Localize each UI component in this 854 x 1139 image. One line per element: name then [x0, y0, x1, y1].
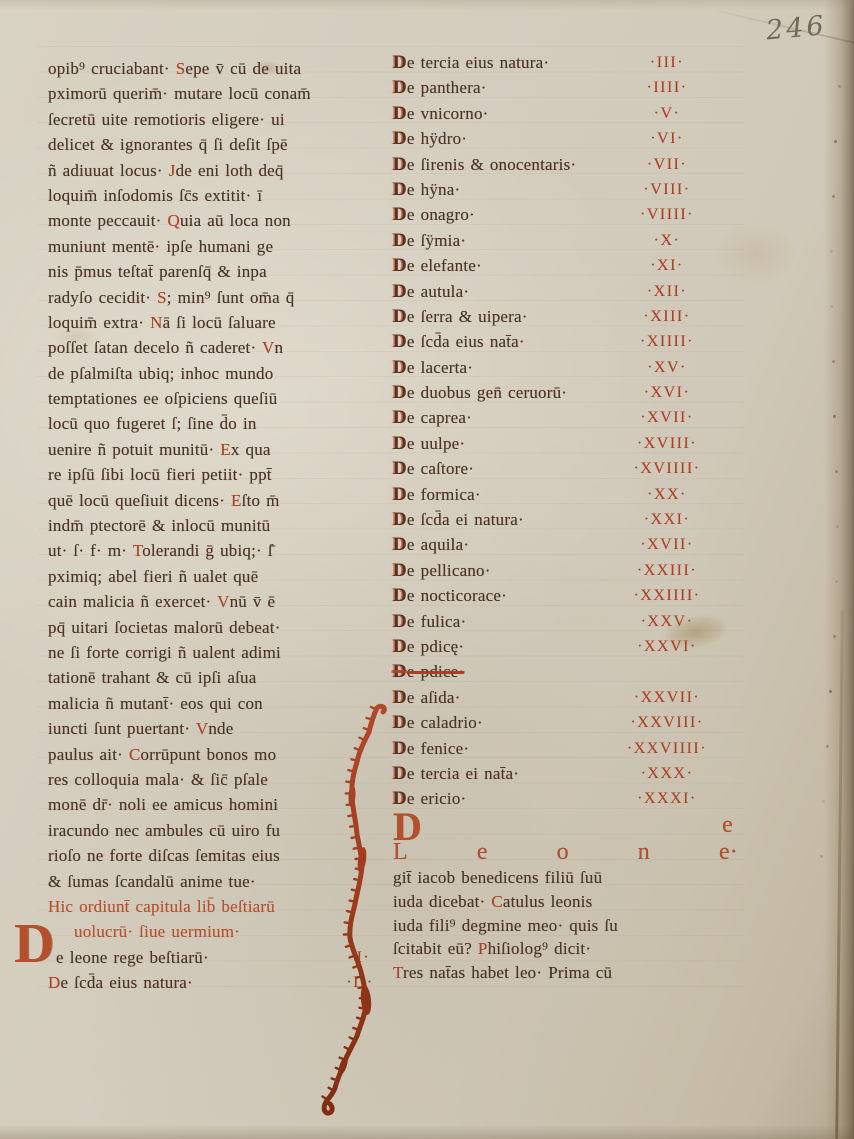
- manuscript-text-line: monte peccauit· Quia aū loca non: [48, 208, 396, 233]
- chapter-title-text: e elefante·: [407, 256, 482, 275]
- chapter-title: De ſirenis & onocentaris·: [393, 152, 576, 177]
- manuscript-text-line: locū quo fugeret ſ; ſine d̄o in: [48, 411, 396, 436]
- chapter-list-row: De uulpe··XVIII·: [393, 431, 723, 456]
- text-segment: delicet & ignorantes q̄ ſi deſit ſpē: [48, 135, 288, 154]
- chapter-numeral: ·XIIII·: [611, 329, 723, 354]
- text-segment: P: [548, 963, 558, 982]
- chapter-title-text: e panthera·: [407, 78, 487, 97]
- chapter-title: De pdicę·: [393, 634, 464, 659]
- chapter-numeral: ·V·: [611, 101, 723, 126]
- chapter-title-text: e uulpe·: [407, 434, 465, 453]
- manuscript-text-line: monē dr̄· noli ee amicus homini: [48, 792, 396, 817]
- manuscript-text-line: git̄ iacob benedicens filiū ſuū: [393, 866, 741, 890]
- chapter-title: De fenice·: [393, 736, 469, 761]
- text-segment: res colloquia mala· & ſic̄ pſale: [48, 770, 268, 789]
- text-segment: ſecretū uite remotioris eligere· ui: [48, 110, 285, 129]
- chapter-title-text: e fulica·: [407, 612, 466, 631]
- chapter-title: De ſcd̄a ei natura·: [393, 507, 524, 532]
- text-segment: ne ſi forte corrigi ñ ualent adimi: [48, 643, 281, 662]
- display-capital: o: [557, 840, 569, 866]
- text-segment: iracundo nec ambules cū uiro fu: [48, 821, 280, 840]
- manuscript-page: 246 D opib⁹ cruciabant· Sepe v̄ cū de ui…: [0, 0, 854, 1139]
- text-segment: pq̄ uitari ſocietas malorū debeat·: [48, 618, 281, 637]
- chapter-initial: D: [393, 331, 407, 352]
- chapter-list-row: De caſtore··XVIIII·: [393, 456, 723, 481]
- chapter-title: De aquila·: [393, 532, 469, 557]
- display-capital: L: [393, 840, 408, 866]
- chapter-title-text: e formica·: [407, 485, 481, 504]
- display-capitals-row-1: De: [393, 810, 733, 840]
- text-segment: loquim̄ inſodomis ſc̄s extitit· ī: [48, 186, 262, 205]
- chapter-initial: D: [393, 636, 407, 657]
- chapter-title: De ſÿmia·: [393, 228, 466, 253]
- manuscript-text-line: rioſo ne forte diſcas ſemitas eius: [48, 843, 396, 868]
- chapter-initial: D: [393, 611, 407, 632]
- chapter-numeral: ·IIII·: [611, 75, 723, 100]
- chapter-list-row: De duobus gen̄ ceruorū··XVI·: [393, 380, 723, 405]
- chapter-list-row: De aquila··XVII·: [393, 532, 723, 557]
- chapter-numeral: ·XII·: [611, 279, 723, 304]
- pricking-hole: [820, 855, 823, 858]
- chapter-list-row: De ſerra & uipera··XIII·: [393, 304, 723, 329]
- text-segment: rioſo ne forte diſcas ſemitas eius: [48, 846, 280, 865]
- manuscript-text-line: loquim̄ extra· Nā ſi locū ſaluare: [48, 310, 396, 335]
- chapter-initial: D: [393, 509, 407, 530]
- manuscript-text-line: de pſalmiſta ubiq; inhoc mundo: [48, 361, 396, 386]
- manuscript-text-line: uolucrū· ſiue uermium·: [48, 919, 396, 944]
- text-segment: olerandi ḡ ubiq;· ſ̄: [142, 541, 273, 560]
- chapter-title: De hÿdro·: [393, 126, 467, 151]
- chapter-initial: D: [393, 560, 407, 581]
- chapter-title: De lacerta·: [393, 355, 473, 380]
- chapter-title-text: e caprea·: [407, 408, 472, 427]
- chapter-numeral: ·XXVIII·: [611, 710, 723, 735]
- chapter-numeral: ·XXXI·: [611, 786, 723, 811]
- chapter-title: De aſida·: [393, 685, 461, 710]
- chapter-list-row: De elefante··XI·: [393, 253, 723, 278]
- text-segment: E: [231, 491, 242, 510]
- chapter-initial: D: [393, 407, 407, 428]
- chapter-title-text: e hÿna·: [407, 180, 460, 199]
- chapter-list-row: De onagro··VIIII·: [393, 202, 723, 227]
- text-segment: uia aū loca non: [180, 211, 291, 230]
- chapter-title: De tercia ei nat̄a·: [393, 761, 519, 786]
- text-segment: re ipſū ſibi locū fieri petiit· ppt̄: [48, 465, 272, 484]
- text-segment: de eni loth deq̄: [176, 161, 284, 180]
- chapter-list-row: De panthera··IIII·: [393, 75, 723, 100]
- chapter-list-row: De hÿdro··VI·: [393, 126, 723, 151]
- chapter-list-row: De lacerta··XV·: [393, 355, 723, 380]
- parchment-stain: [716, 224, 796, 284]
- chapter-list-row: De caprea··XVII·: [393, 405, 723, 430]
- chapter-numeral: [611, 659, 723, 684]
- text-segment: pximorū querim̄· mutare locū conam̄: [48, 84, 311, 103]
- chapter-numeral: ·XXVI·: [611, 634, 723, 659]
- chapter-numeral: ·XVII·: [611, 405, 723, 430]
- text-segment: paulus ait·: [48, 745, 129, 764]
- text-segment: Hic ordiunt̄ capitula lib̄ beſtiarū: [48, 897, 275, 916]
- text-segment: muniunt mentē· ipſe humani ge: [48, 237, 273, 256]
- chapter-initial: D: [393, 738, 407, 759]
- text-segment: P: [478, 939, 488, 958]
- text-segment: malicia ñ mutant̄· eos qui con: [48, 694, 263, 713]
- text-segment: n: [274, 338, 283, 357]
- manuscript-text-line: indm̄ ptectorē & inlocū munitū: [48, 513, 396, 538]
- text-segment: git̄ iacob benedicens filiū ſuū: [393, 868, 602, 887]
- leo-chapter-start: De Leone· git̄ iacob benedicens filiū ſu…: [393, 810, 741, 985]
- text-segment: pximiq; abel fieri ñ ualet quē: [48, 567, 258, 586]
- chapter-numeral: ·XX·: [611, 482, 723, 507]
- chapter-list-row: De ſcd̄a ei natura··XXI·: [393, 507, 723, 532]
- display-capital: e: [477, 840, 488, 866]
- chapter-title: De ſerra & uipera·: [393, 304, 528, 329]
- manuscript-text-line: iuncti ſunt puertant· Vnde: [48, 716, 396, 741]
- chapter-numeral: ·XXV·: [611, 609, 723, 634]
- chapter-initial: D: [393, 255, 407, 276]
- text-segment: epe v̄ cū de uita: [185, 59, 301, 78]
- text-segment: indm̄ ptectorē & inlocū munitū: [48, 516, 270, 535]
- chapter-numeral: ·III·: [611, 50, 723, 75]
- manuscript-text-line: Tres nat̄as habet leo· Prima cū: [393, 961, 741, 985]
- chapter-initial: D: [393, 458, 407, 479]
- chapter-title-text: e fenice·: [407, 739, 469, 758]
- text-segment: monte peccauit·: [48, 211, 167, 230]
- text-segment: x qua: [231, 440, 271, 459]
- text-segment: C: [491, 892, 503, 911]
- chapter-title-text: e caladrio·: [407, 713, 483, 732]
- text-segment: ſto m̄: [242, 491, 280, 510]
- manuscript-text-line: delicet & ignorantes q̄ ſi deſit ſpē: [48, 132, 396, 157]
- chapter-list-row: De autula··XII·: [393, 279, 723, 304]
- text-segment: C: [129, 745, 141, 764]
- chapter-numeral: ·VIII·: [611, 177, 723, 202]
- chapter-initial: D: [393, 204, 407, 225]
- text-segment: orrūpunt bonos mo: [140, 745, 276, 764]
- text-segment: ñ adiuuat locus·: [48, 161, 169, 180]
- manuscript-text-line: opib⁹ cruciabant· Sepe v̄ cū de uita: [48, 56, 396, 81]
- chapter-title-text: e duobus gen̄ ceruorū·: [407, 383, 567, 402]
- chapter-numeral: ·XXI·: [611, 507, 723, 532]
- text-segment: locū quo fugeret ſ; ſine d̄o in: [48, 414, 257, 433]
- chapter-initial: D: [393, 585, 407, 606]
- chapter-numeral: ·VIIII·: [611, 202, 723, 227]
- text-segment: T: [393, 963, 403, 982]
- chapter-list-row: De fenice··XXVIIII·: [393, 736, 723, 761]
- text-segment: V: [217, 592, 229, 611]
- chapter-initial: D: [393, 534, 407, 555]
- chapter-list-row: De ericio··XXXI·: [393, 786, 723, 811]
- chapter-numeral: ·VI·: [611, 126, 723, 151]
- chapter-title-text: e caſtore·: [407, 459, 474, 478]
- text-segment: T: [133, 541, 142, 560]
- chapter-list-row: De nocticorace··XXIIII·: [393, 583, 723, 608]
- display-capitals-row-2: Leone·: [393, 840, 738, 866]
- chapter-list-row: De caladrio··XXVIII·: [393, 710, 723, 735]
- text-segment: iuncti ſunt puertant·: [48, 719, 196, 738]
- chapter-title: De pellicano·: [393, 558, 491, 583]
- text-segment: uolucrū· ſiue uermium·: [74, 922, 240, 941]
- text-segment: N: [150, 313, 162, 332]
- chapter-title-text: e vnicorno·: [407, 104, 489, 123]
- text-segment: loquim̄ extra·: [48, 313, 150, 332]
- text-segment: poſſet ſatan decelo ñ caderet·: [48, 338, 262, 357]
- chapter-title: De pdice·: [393, 659, 464, 684]
- chapter-numeral: ·II·: [324, 970, 396, 995]
- chapter-title: De nocticorace·: [393, 583, 507, 608]
- text-segment: cain malicia ñ exercet·: [48, 592, 217, 611]
- chapter-list-row: De pdice·: [393, 659, 723, 684]
- chapter-initial: D: [393, 128, 407, 149]
- manuscript-text-line: ut· ſ· f· m· Tolerandi ḡ ubiq;· ſ̄: [48, 538, 396, 563]
- chapter-initial: D: [393, 281, 407, 302]
- manuscript-text-line: De ſcd̄a eius natura··II·: [48, 970, 396, 995]
- manuscript-text-line: iuda fili⁹ degmine meo· quis ſu: [393, 914, 741, 938]
- chapter-list-row: De vnicorno··V·: [393, 101, 723, 126]
- text-segment: Q: [167, 211, 179, 230]
- chapter-numeral: ·XXVIIII·: [611, 736, 723, 761]
- text-segment: S: [176, 59, 186, 78]
- text-segment: tationē trahant & cū ipſi aſua: [48, 668, 256, 687]
- manuscript-text-line: & ſumas ſcandalū anime tue·: [48, 869, 396, 894]
- chapter-list-row: De ſcd̄a eius nat̄a··XIIII·: [393, 329, 723, 354]
- chapter-initial: D: [393, 230, 407, 251]
- manuscript-text-line: poſſet ſatan decelo ñ caderet· Vn: [48, 335, 396, 360]
- chapter-title-text: e tercia ei nat̄a·: [407, 764, 519, 783]
- chapter-title-text: e hÿdro·: [407, 129, 467, 148]
- chapter-title-text: e ſirenis & onocentaris·: [407, 155, 576, 174]
- chapter-title: De fulica·: [393, 609, 466, 634]
- text-segment: radyſo cecidit·: [48, 288, 157, 307]
- text-segment: uenire ñ potuit munitū·: [48, 440, 220, 459]
- manuscript-text-line: paulus ait· Corrūpunt bonos mo: [48, 742, 396, 767]
- chapter-title-text: e aſida·: [407, 688, 461, 707]
- chapter-title: De vnicorno·: [393, 101, 489, 126]
- manuscript-text-line: ſecretū uite remotioris eligere· ui: [48, 107, 396, 132]
- text-segment: ; min⁹ ſunt om̄a q̄: [167, 288, 295, 307]
- page-edge: [0, 0, 854, 10]
- chapter-initial: D: [393, 687, 407, 708]
- chapter-list-column: De tercia eius natura··III·De panthera··…: [393, 50, 723, 812]
- chapter-title: De caprea·: [393, 405, 472, 430]
- text-segment: rima cū: [558, 963, 612, 982]
- text-segment: e ſcd̄a eius natura·: [60, 973, 192, 992]
- manuscript-text-line: loquim̄ inſodomis ſc̄s extitit· ī: [48, 183, 396, 208]
- chapter-initial: D: [393, 306, 407, 327]
- chapter-initial: D: [393, 154, 407, 175]
- text-segment: temptationes ee oſpiciens queſiū: [48, 389, 277, 408]
- text-segment: e leone rege beſtiarū·: [56, 948, 209, 967]
- chapter-numeral: ·XV·: [611, 355, 723, 380]
- text-segment: nis p̄mus teſtat̄ parenſq̄ & inpa: [48, 262, 267, 281]
- text-segment: V: [262, 338, 274, 357]
- text-segment: E: [220, 440, 231, 459]
- chapter-initial: D: [393, 179, 407, 200]
- text-segment: atulus leonis: [503, 892, 593, 911]
- chapter-numeral: ·VII·: [611, 152, 723, 177]
- chapter-list-row: De ſÿmia··X·: [393, 228, 723, 253]
- chapter-title: De onagro·: [393, 202, 475, 227]
- manuscript-text-line: malicia ñ mutant̄· eos qui con: [48, 691, 396, 716]
- left-text-column: opib⁹ cruciabant· Sepe v̄ cū de uitapxim…: [48, 56, 396, 995]
- chapter-initial: D: [393, 484, 407, 505]
- chapter-title-text: e pdicę·: [407, 637, 464, 656]
- chapter-initial: D: [393, 357, 407, 378]
- chapter-initial: D: [393, 661, 407, 682]
- chapter-numeral: ·XVI·: [611, 380, 723, 405]
- manuscript-text-line: iracundo nec ambules cū uiro fu: [48, 818, 396, 843]
- chapter-title: De caſtore·: [393, 456, 474, 481]
- chapter-title-text: e ſerra & uipera·: [407, 307, 528, 326]
- page-edge: [824, 0, 854, 1139]
- chapter-initial: D: [393, 433, 407, 454]
- manuscript-text-line: uenire ñ potuit munitū· Ex qua: [48, 437, 396, 462]
- text-segment: nde: [208, 719, 233, 738]
- manuscript-text-line: pximorū querim̄· mutare locū conam̄: [48, 81, 396, 106]
- chapter-numeral: ·X·: [611, 228, 723, 253]
- chapter-title-text: e nocticorace·: [407, 586, 507, 605]
- leo-text-lines: git̄ iacob benedicens filiū ſuūiuda dice…: [393, 866, 741, 985]
- chapter-numeral: ·XXIIII·: [611, 583, 723, 608]
- text-segment: ā ſi locū ſaluare: [163, 313, 276, 332]
- chapter-list-row: De formica··XX·: [393, 482, 723, 507]
- chapter-list-row: De tercia eius natura··III·: [393, 50, 723, 75]
- chapter-numeral: ·XIII·: [611, 304, 723, 329]
- chapter-title: De panthera·: [393, 75, 487, 100]
- manuscript-text-line: nis p̄mus teſtat̄ parenſq̄ & inpa: [48, 259, 396, 284]
- text-segment: ut· ſ· f· m·: [48, 541, 133, 560]
- manuscript-text-line: e leone rege beſtiarū··I·: [48, 945, 396, 970]
- manuscript-text-line: temptationes ee oſpiciens queſiū: [48, 386, 396, 411]
- manuscript-text-line: tationē trahant & cū ipſi aſua: [48, 665, 396, 690]
- chapter-numeral: ·XVIII·: [611, 431, 723, 456]
- chapter-title-text: e ſcd̄a eius nat̄a·: [407, 332, 525, 351]
- chapter-list-row: De ſirenis & onocentaris··VII·: [393, 152, 723, 177]
- chapter-numeral: ·I·: [324, 945, 396, 970]
- chapter-list-row: De pellicano··XXIII·: [393, 558, 723, 583]
- chapter-title: De elefante·: [393, 253, 482, 278]
- chapter-title-text: e pdice·: [407, 662, 464, 681]
- text-segment: opib⁹ cruciabant·: [48, 59, 176, 78]
- text-segment: ſcitabit eū?: [393, 939, 478, 958]
- manuscript-text-line: Hic ordiunt̄ capitula lib̄ beſtiarū: [48, 894, 396, 919]
- manuscript-text-line: ñ adiuuat locus· Jde eni loth deq̄: [48, 158, 396, 183]
- text-segment: nū v̄ ē: [230, 592, 276, 611]
- text-segment: iuda dicebat·: [393, 892, 491, 911]
- chapter-title: De autula·: [393, 279, 469, 304]
- chapter-initial: D: [393, 77, 407, 98]
- text-segment: de pſalmiſta ubiq; inhoc mundo: [48, 364, 273, 383]
- chapter-title-text: e ſÿmia·: [407, 231, 466, 250]
- chapter-numeral: ·XXVII·: [611, 685, 723, 710]
- text-segment: monē dr̄· noli ee amicus homini: [48, 795, 278, 814]
- text-segment: res nat̄as habet leo·: [403, 963, 548, 982]
- manuscript-text-line: radyſo cecidit· S; min⁹ ſunt om̄a q̄: [48, 285, 396, 310]
- manuscript-text-line: pq̄ uitari ſocietas malorū debeat·: [48, 615, 396, 640]
- manuscript-text-line: ne ſi forte corrigi ñ ualent adimi: [48, 640, 396, 665]
- chapter-list-row: De aſida··XXVII·: [393, 685, 723, 710]
- chapter-title-text: e lacerta·: [407, 358, 473, 377]
- manuscript-text-line: muniunt mentē· ipſe humani ge: [48, 234, 396, 259]
- chapter-initial: D: [393, 712, 407, 733]
- text-segment: V: [196, 719, 208, 738]
- chapter-title-text: e aquila·: [407, 535, 469, 554]
- chapter-title-text: e ſcd̄a ei natura·: [407, 510, 524, 529]
- chapter-list-row: De tercia ei nat̄a··XXX·: [393, 761, 723, 786]
- chapter-list-row: De hÿna··VIII·: [393, 177, 723, 202]
- manuscript-text-line: quē locū queſiuit dicens· Eſto m̄: [48, 488, 396, 513]
- chapter-title-text: e tercia eius natura·: [407, 53, 549, 72]
- chapter-numeral: ·XXIII·: [611, 558, 723, 583]
- chapter-title: De ſcd̄a eius nat̄a·: [393, 329, 525, 354]
- chapter-title: De uulpe·: [393, 431, 465, 456]
- manuscript-text-line: cain malicia ñ exercet· Vnū v̄ ē: [48, 589, 396, 614]
- chapter-title: De hÿna·: [393, 177, 460, 202]
- manuscript-text-line: ſcitabit eū? Phiſiolog⁹ dicit·: [393, 937, 741, 961]
- text-segment: hiſiolog⁹ dicit·: [488, 939, 592, 958]
- text-segment: & ſumas ſcandalū anime tue·: [48, 872, 256, 891]
- manuscript-text-line: iuda dicebat· Catulus leonis: [393, 890, 741, 914]
- chapter-numeral: ·XI·: [611, 253, 723, 278]
- chapter-title-text: e pellicano·: [407, 561, 491, 580]
- page-edge: [0, 1125, 854, 1139]
- chapter-title-text: e autula·: [407, 282, 469, 301]
- chapter-numeral: ·XVIIII·: [611, 456, 723, 481]
- chapter-title: De caladrio·: [393, 710, 483, 735]
- manuscript-text-line: pximiq; abel fieri ñ ualet quē: [48, 564, 396, 589]
- chapter-initial: D: [393, 52, 407, 73]
- display-capital: e·: [719, 840, 738, 866]
- chapter-numeral: ·XVII·: [611, 532, 723, 557]
- chapter-list-row: De pdicę··XXVI·: [393, 634, 723, 659]
- chapter-initial: D: [393, 382, 407, 403]
- display-capital: e: [722, 810, 733, 840]
- display-capital: n: [638, 840, 650, 866]
- text-segment: iuda fili⁹ degmine meo· quis ſu: [393, 916, 618, 935]
- display-capital: D: [393, 810, 422, 840]
- text-segment: J: [169, 161, 176, 180]
- chapter-title: De duobus gen̄ ceruorū·: [393, 380, 567, 405]
- chapter-title-text: e onagro·: [407, 205, 475, 224]
- text-segment: quē locū queſiuit dicens·: [48, 491, 231, 510]
- chapter-title: De tercia eius natura·: [393, 50, 549, 75]
- manuscript-text-line: res colloquia mala· & ſic̄ pſale: [48, 767, 396, 792]
- chapter-initial: D: [393, 763, 407, 784]
- text-segment: S: [157, 288, 167, 307]
- chapter-title: De formica·: [393, 482, 481, 507]
- manuscript-text-line: re ipſū ſibi locū fieri petiit· ppt̄: [48, 462, 396, 487]
- text-segment: D: [48, 973, 60, 992]
- chapter-initial: D: [393, 103, 407, 124]
- chapter-numeral: ·XXX·: [611, 761, 723, 786]
- chapter-list-row: De fulica··XXV·: [393, 609, 723, 634]
